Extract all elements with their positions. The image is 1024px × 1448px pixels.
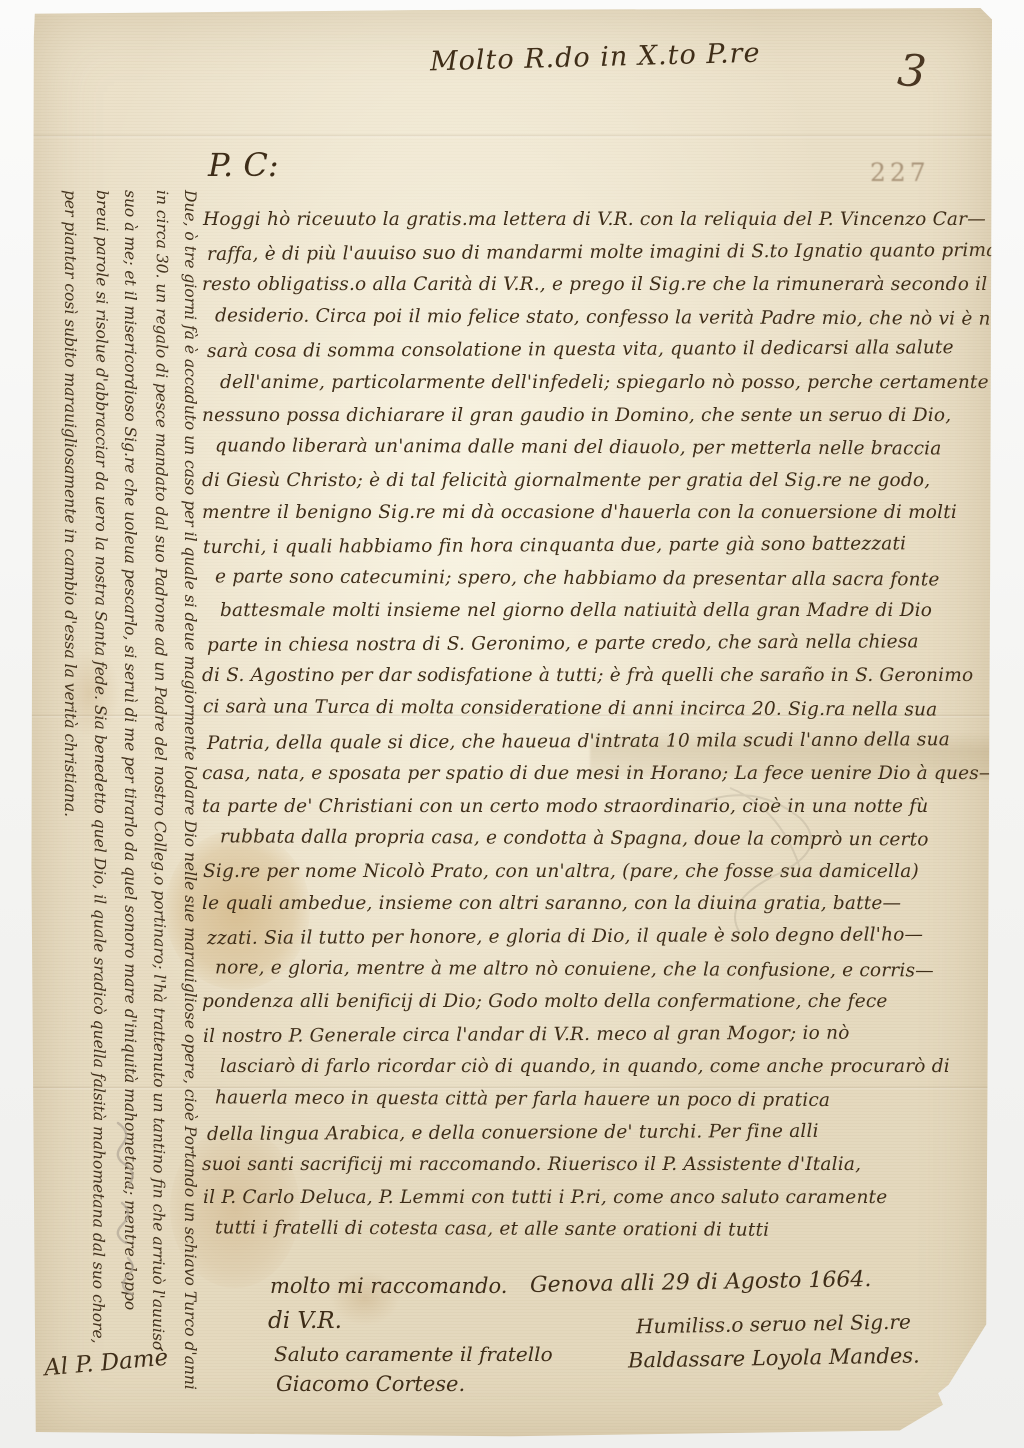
body-line: hauerla meco in questa città per farla h… (215, 1082, 988, 1118)
body-line: mentre il benigno Sig.re mi dà occasione… (202, 497, 988, 530)
salutation: P. C: (208, 146, 279, 184)
fold-crease-top (30, 134, 992, 138)
body-line: lasciarò di farlo ricordar ciò di quando… (220, 1051, 988, 1084)
body-line: zzati. Sia il tutto per honore, e gloria… (207, 919, 988, 956)
letter-page: Molto R.do in X.to P.re 3 227 P. C: Hogg… (30, 8, 992, 1442)
body-line: Hoggi hò riceuuto la gratis.ma lettera d… (203, 204, 988, 237)
body-line: di S. Agostino per dar sodisfatione à tu… (202, 660, 988, 693)
valediction: molto mi raccomando. (270, 1274, 507, 1298)
body-line: raffa, è di più l'auuiso suo di mandarmi… (207, 235, 988, 272)
postscript-line-1: Saluto caramente il fratello (274, 1342, 553, 1366)
body-line: della lingua Arabica, e della conuersion… (207, 1115, 988, 1152)
folio-number: 3 (895, 45, 928, 99)
body-line: Patria, della quale si dice, che haueua … (207, 723, 988, 760)
body-line: Sig.re per nome Nicolò Prato, con un'alt… (203, 856, 988, 889)
margin-note: Due, ò tre giorni fà è accaduto un caso … (55, 190, 205, 1370)
postscript-line-2: Giacomo Cortese. (276, 1372, 465, 1396)
body-line: casa, nata, e sposata per spatio di due … (202, 758, 988, 791)
regards-line: di V.R. (268, 1308, 342, 1334)
body-line: parte in chiesa nostra di S. Geronimo, e… (207, 626, 988, 663)
body-line: di Giesù Christo; è di tal felicità gior… (202, 465, 988, 498)
body-line: pondenza alli benificij di Dio; Godo mol… (202, 986, 988, 1019)
body-line: e parte sono catecumini; spero, che habb… (215, 561, 988, 597)
signature-line-1: Humiliss.o seruo nel Sig.re (636, 1310, 911, 1339)
margin-note-line: Due, ò tre giorni fà è accaduto un caso … (175, 190, 205, 1370)
body-line: le quali ambedue, insieme con altri sara… (202, 888, 988, 921)
body-line: il P. Carlo Deluca, P. Lemmi con tutti i… (203, 1182, 988, 1215)
body-line: battesmale molti insieme nel giorno dell… (220, 595, 988, 628)
body-line: turchi, i quali habbiamo fin hora cinqua… (203, 528, 988, 565)
body-line: rubbata dalla propria casa, e condotta à… (220, 822, 988, 858)
body-line: nore, e gloria, mentre à me altro nò con… (215, 952, 988, 988)
body-line: ci sarà una Turca di molta consideration… (203, 691, 988, 727)
margin-note-line: breui parole si risolue d'abbracciar da … (83, 190, 117, 1370)
margin-note-line: per piantar così subito marauigliosament… (55, 190, 85, 1370)
body-line: ta parte de' Christiani con un certo mod… (202, 791, 988, 824)
body-line: desiderio. Circa poi il mio felice stato… (215, 300, 988, 336)
margin-note-line: suo à me; et il misericordioso Sig.re ch… (115, 190, 145, 1370)
body-line: nessuno possa dichiarare il gran gaudio … (202, 400, 988, 433)
letter-body: Hoggi hò riceuuto la gratis.ma lettera d… (202, 204, 988, 1247)
margin-note-line: in circa 30. un regalo di pesce mandato … (143, 190, 177, 1370)
body-line: dell'anime, particolarmente dell'infedel… (220, 367, 988, 400)
body-line: sarà cosa di somma consolatione in quest… (207, 332, 988, 369)
body-line: resto obligatiss.o alla Carità di V.R., … (202, 269, 988, 302)
archive-stamp-number: 227 (870, 158, 930, 187)
body-line: quando liberarà un'anima dalle mani del … (215, 430, 988, 466)
signature-line-2: Baldassare Loyola Mandes. (628, 1343, 920, 1372)
letter-heading: Molto R.do in X.to P.re (430, 38, 761, 78)
body-line: il nostro P. Generale circa l'andar di V… (203, 1017, 988, 1054)
body-line: tutti i fratelli di cotesta casa, et all… (215, 1213, 988, 1249)
body-line: suoi santi sacrificij mi raccomando. Riu… (202, 1149, 988, 1182)
dateline: Genova alli 29 di Agosto 1664. (530, 1267, 872, 1298)
